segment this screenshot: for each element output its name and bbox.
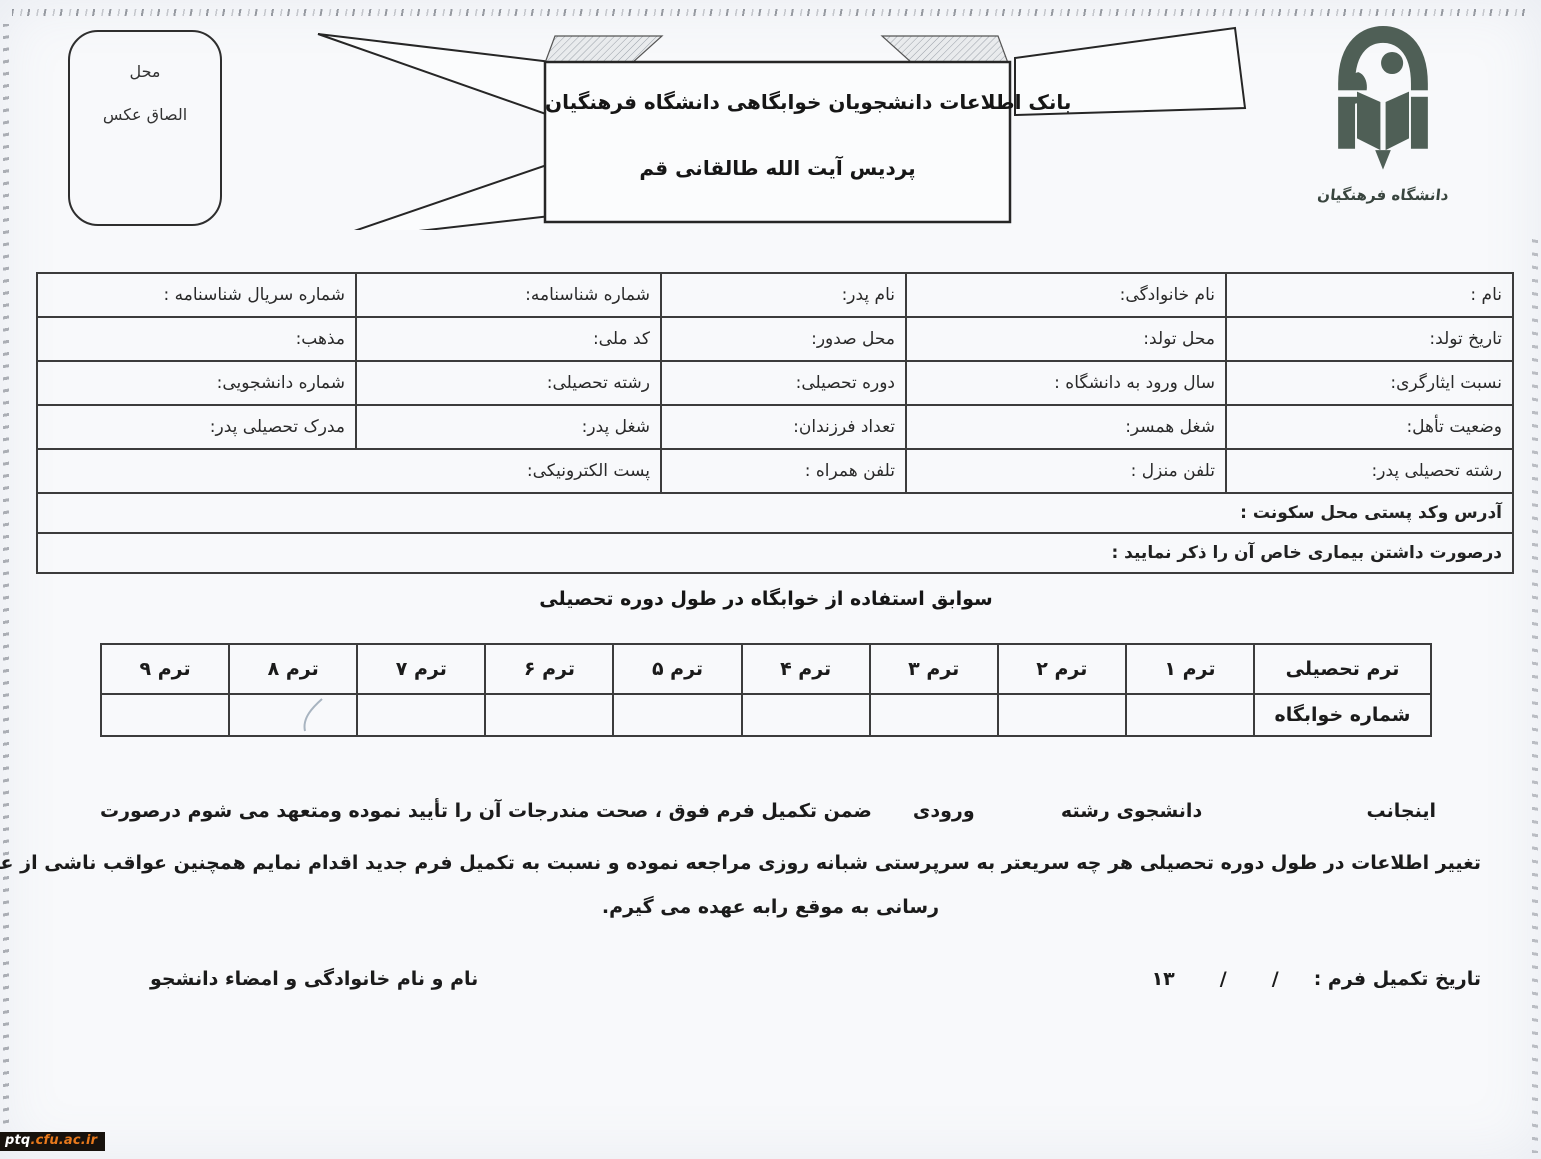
ribbon-center-panel: [545, 62, 1010, 222]
dorm-number-cell: [101, 694, 229, 736]
field-national-code: کد ملی:: [356, 317, 661, 361]
dorm-number-cell: [1126, 694, 1254, 736]
field-children-count: تعداد فرزندان:: [661, 405, 906, 449]
dorm-number-cell: [613, 694, 741, 736]
term-cell: ترم ۵: [613, 644, 741, 694]
field-birth-date: تاریخ تولد:: [1226, 317, 1513, 361]
site-watermark: ptq.cfu.ac.ir: [0, 1132, 105, 1151]
dorm-number-cell: [998, 694, 1126, 736]
term-cell: ترم ۱: [1126, 644, 1254, 694]
university-logo: دانشگاه فرهنگیان: [1297, 24, 1469, 204]
term-column-header: ترم تحصیلی: [1254, 644, 1431, 694]
dorm-numbers-row: شماره خوابگاه: [101, 694, 1431, 736]
scan-edge-right: [1532, 232, 1538, 1153]
field-birth-place: محل تولد:: [906, 317, 1226, 361]
pledge-line-3: رسانی به موقع رابه عهده می گیرم.: [0, 896, 1541, 918]
scan-edge-left: [3, 24, 9, 1153]
field-special-illness: درصورت داشتن بیماری خاص آن را ذکر نمایید…: [37, 533, 1513, 573]
photo-box-label-1: محل: [70, 62, 220, 81]
pledge-line-1: اینجانب دانشجوی رشته ورودی ضمن تکمیل فرم…: [0, 800, 1541, 822]
date-label: تاریخ تکمیل فرم :: [1314, 968, 1481, 990]
dorm-number-cell: [870, 694, 998, 736]
field-father-major: رشته تحصیلی پدر:: [1226, 449, 1513, 493]
field-religion: مذهب:: [37, 317, 356, 361]
field-name: نام :: [1226, 273, 1513, 317]
scanned-form-page: محل الصاق عکس بانک اطلاعات دانشجویان خوا…: [0, 0, 1541, 1159]
term-cell: ترم ۳: [870, 644, 998, 694]
pledge-paragraph: اینجانب دانشجوی رشته ورودی ضمن تکمیل فرم…: [0, 800, 1541, 918]
dorm-history-table: ترم تحصیلی ترم ۱ ترم ۲ ترم ۳ ترم ۴ ترم ۵…: [100, 643, 1432, 737]
field-home-phone: تلفن منزل :: [906, 449, 1226, 493]
info-row-3: نسبت ایثارگری: سال ورود به دانشگاه : دور…: [37, 361, 1513, 405]
field-study-period: دوره تحصیلی:: [661, 361, 906, 405]
pledge-entry: ورودی: [913, 800, 975, 822]
field-father-name: نام پدر:: [661, 273, 906, 317]
stray-pen-mark: [301, 698, 327, 732]
date-slash: /: [1272, 968, 1279, 990]
term-cell: ترم ۸: [229, 644, 357, 694]
university-name-calligraphy: دانشگاه فرهنگیان: [1296, 186, 1470, 204]
field-father-degree: مدرک تحصیلی پدر:: [37, 405, 356, 449]
photo-attachment-box: محل الصاق عکس: [68, 30, 222, 226]
ribbon-shape-graphic: [300, 18, 1250, 230]
field-id-serial: شماره سریال شناسنامه :: [37, 273, 356, 317]
info-row-address: آدرس وکد پستی محل سکونت :: [37, 493, 1513, 533]
pledge-line-2: تغییر اطلاعات در طول دوره تحصیلی هر چه س…: [0, 852, 1541, 874]
watermark-subdomain: ptq: [5, 1133, 30, 1148]
student-info-table: نام : نام خانوادگی: نام پدر: شماره شناسن…: [36, 272, 1514, 574]
dorm-number-cell: [357, 694, 485, 736]
dorm-history-title: سوابق استفاده از خوابگاه در طول دوره تحص…: [100, 588, 1432, 610]
date-year-prefix: ۱۳: [1152, 968, 1175, 990]
pledge-confirmation-text: ضمن تکمیل فرم فوق ، صحت مندرجات آن را تأ…: [100, 800, 872, 822]
pledge-student-of-major: دانشجوی رشته: [1061, 800, 1202, 822]
form-title: بانک اطلاعات دانشجویان خوابگاهی دانشگاه …: [545, 90, 1010, 114]
pledge-undersigned: اینجانب: [1367, 800, 1436, 822]
info-row-illness: درصورت داشتن بیماری خاص آن را ذکر نمایید…: [37, 533, 1513, 573]
university-emblem-icon: [1318, 24, 1448, 180]
field-id-number: شماره شناسنامه:: [356, 273, 661, 317]
field-entry-year: سال ورود به دانشگاه :: [906, 361, 1226, 405]
term-cell: ترم ۴: [742, 644, 870, 694]
dorm-terms-row: ترم تحصیلی ترم ۱ ترم ۲ ترم ۳ ترم ۴ ترم ۵…: [101, 644, 1431, 694]
term-cell: ترم ۹: [101, 644, 229, 694]
date-slash: /: [1220, 968, 1227, 990]
field-marital-status: وضعیت تأهل:: [1226, 405, 1513, 449]
field-family-name: نام خانوادگی:: [906, 273, 1226, 317]
scan-edge-top: [12, 9, 1529, 16]
term-cell: ترم ۲: [998, 644, 1126, 694]
ribbon-right-fold: [882, 36, 1008, 63]
info-row-1: نام : نام خانوادگی: نام پدر: شماره شناسن…: [37, 273, 1513, 317]
campus-title: پردیس آیت الله طالقانی قم: [545, 156, 1010, 180]
form-completion-date: تاریخ تکمیل فرم : / / ۱۳: [1152, 968, 1481, 990]
field-study-major: رشته تحصیلی:: [356, 361, 661, 405]
info-row-4: وضعیت تأهل: شغل همسر: تعداد فرزندان: شغل…: [37, 405, 1513, 449]
dorm-number-cell: [742, 694, 870, 736]
field-address: آدرس وکد پستی محل سکونت :: [37, 493, 1513, 533]
term-cell: ترم ۶: [485, 644, 613, 694]
field-father-job: شغل پدر:: [356, 405, 661, 449]
banner-ribbon: بانک اطلاعات دانشجویان خوابگاهی دانشگاه …: [300, 18, 1250, 230]
term-cell: ترم ۷: [357, 644, 485, 694]
photo-box-label-2: الصاق عکس: [70, 105, 220, 124]
field-issue-place: محل صدور:: [661, 317, 906, 361]
ribbon-left-fold: [545, 36, 662, 63]
signature-label: نام و نام خانوادگی و امضاء دانشجو: [150, 968, 478, 990]
dorm-number-cell: [485, 694, 613, 736]
dorm-number-header: شماره خوابگاه: [1254, 694, 1431, 736]
dorm-number-cell: [229, 694, 357, 736]
field-veteran-relation: نسبت ایثارگری:: [1226, 361, 1513, 405]
info-row-2: تاریخ تولد: محل تولد: محل صدور: کد ملی: …: [37, 317, 1513, 361]
field-mobile-phone: تلفن همراه :: [661, 449, 906, 493]
info-row-5: رشته تحصیلی پدر: تلفن منزل : تلفن همراه …: [37, 449, 1513, 493]
field-student-number: شماره دانشجویی:: [37, 361, 356, 405]
field-email: پست الکترونیکی:: [37, 449, 661, 493]
watermark-domain: cfu.ac.ir: [36, 1133, 98, 1148]
field-spouse-job: شغل همسر:: [906, 405, 1226, 449]
